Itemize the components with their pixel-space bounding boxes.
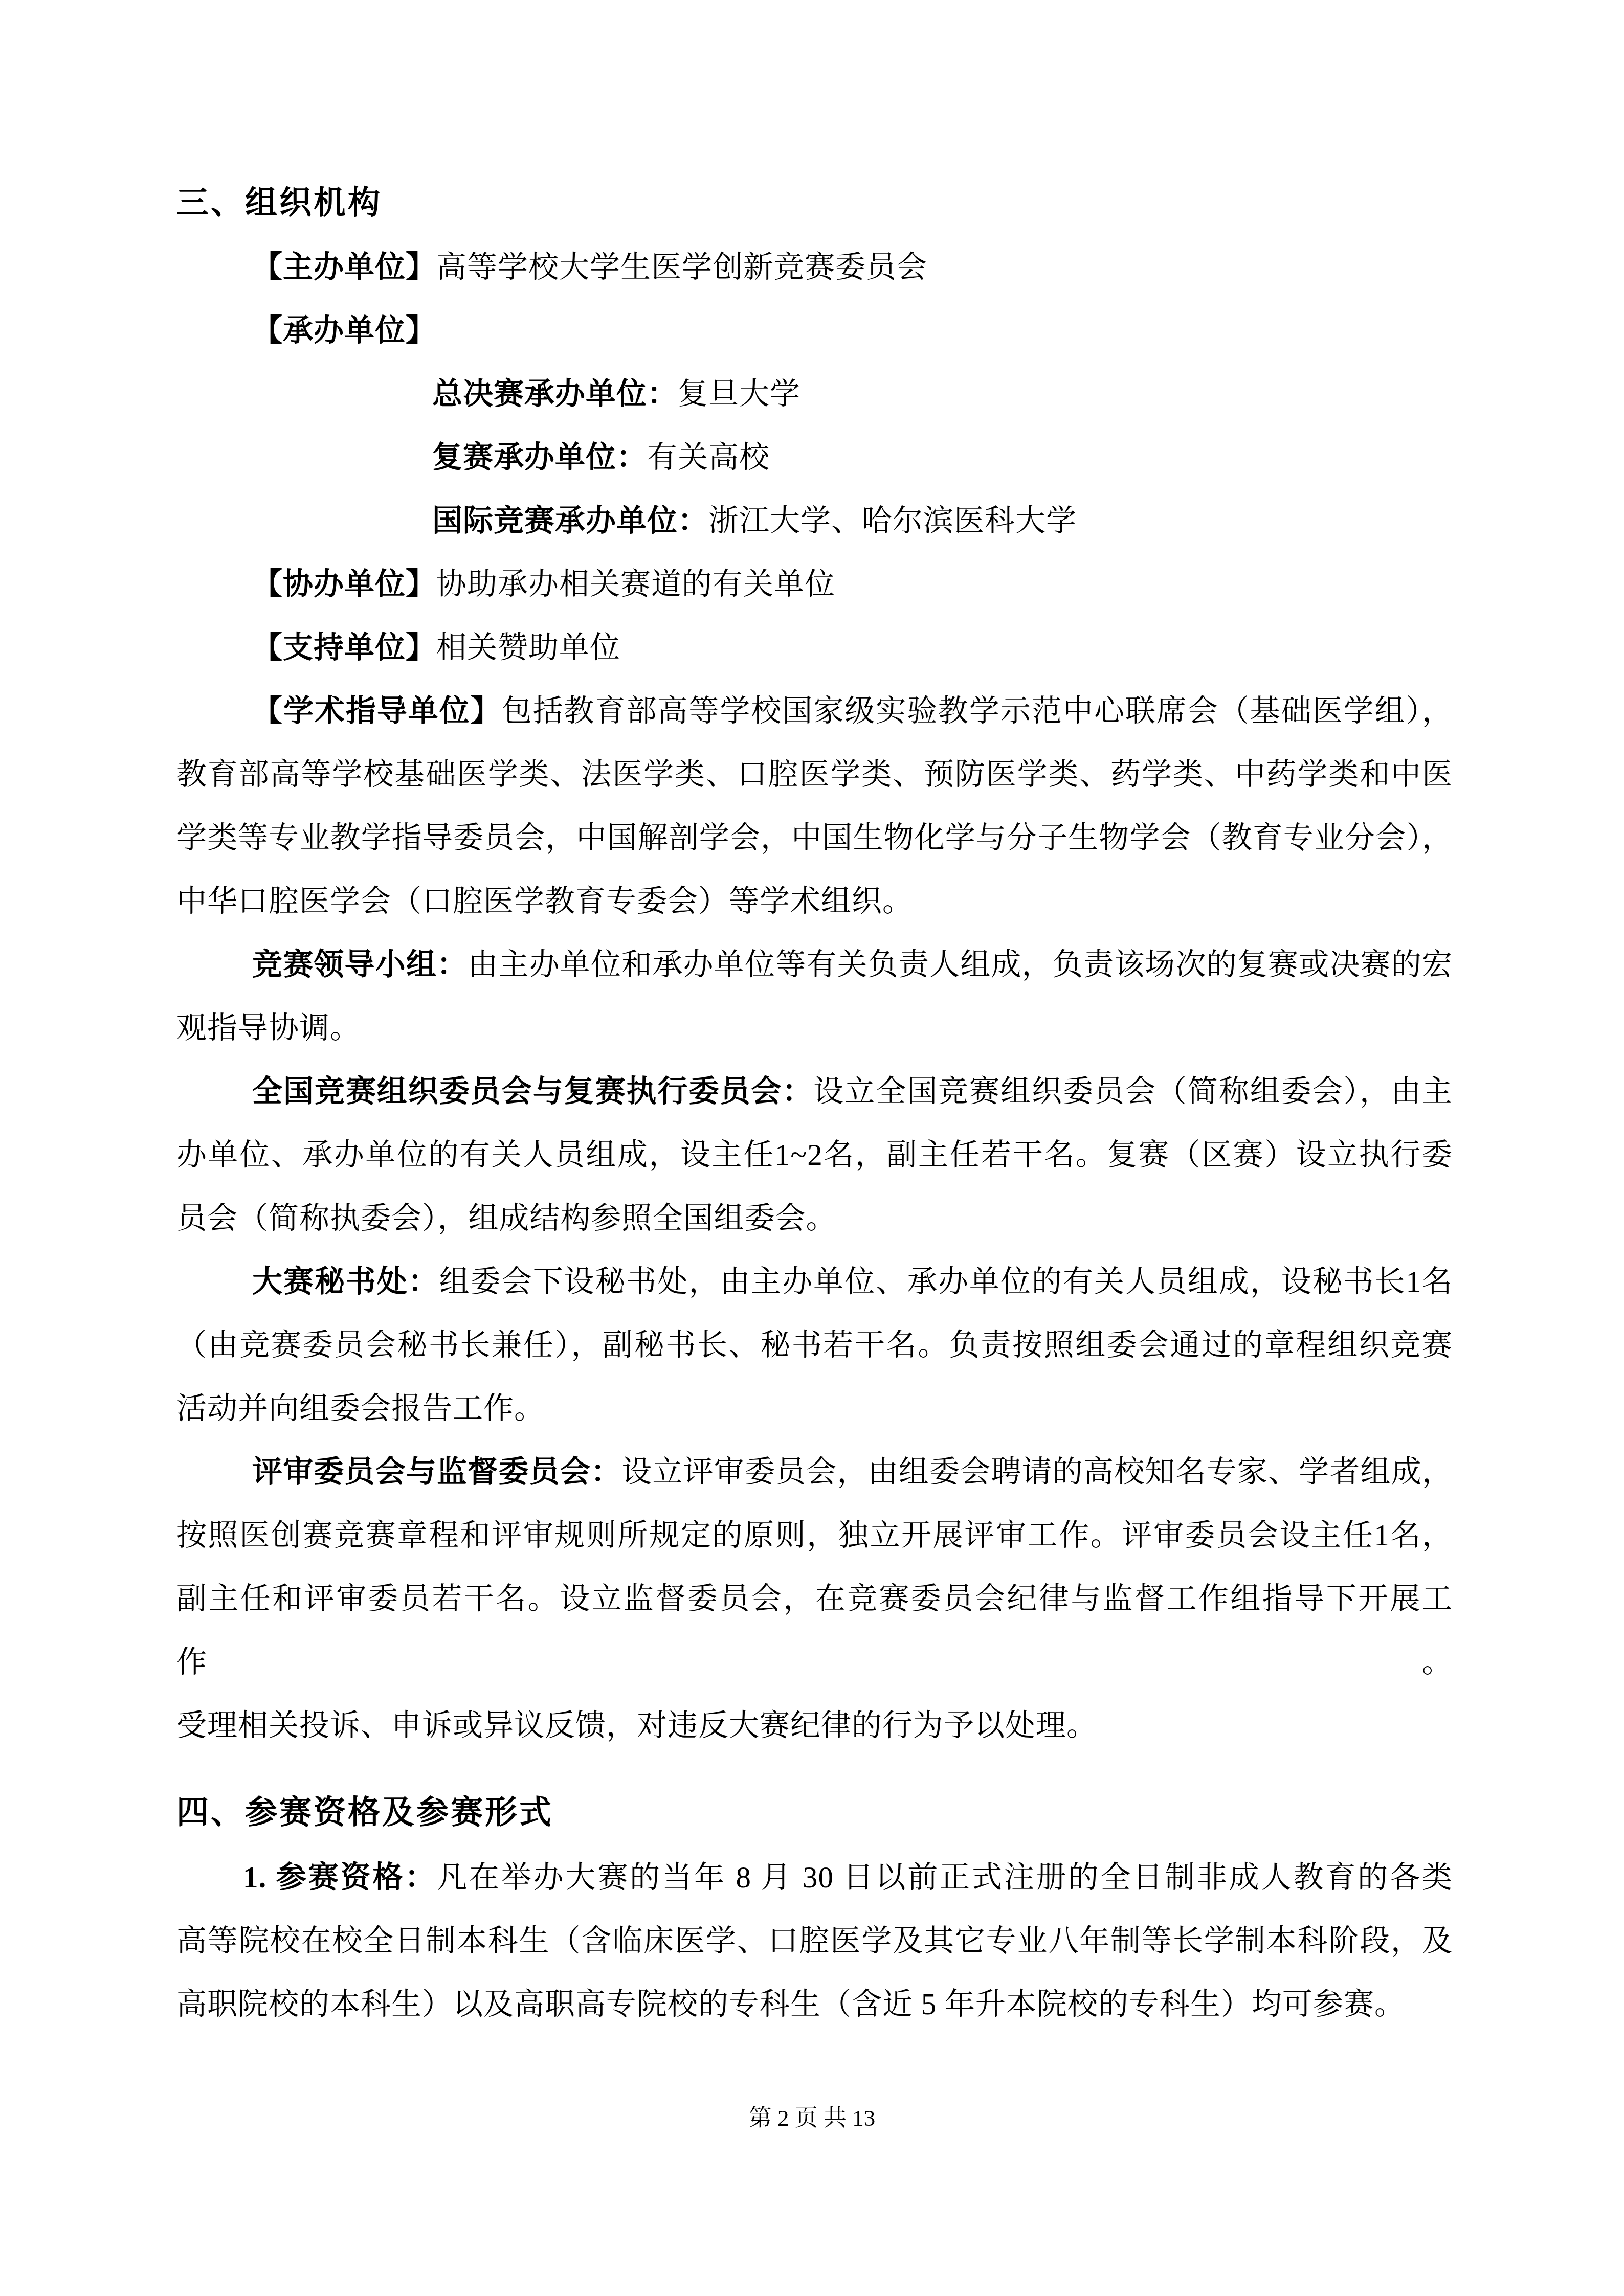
body-line: 复赛承办单位：有关高校 (176, 425, 1453, 489)
bold-label: 国际竞赛承办单位： (432, 504, 708, 537)
bold-label: 评审委员会与监督委员会： (252, 1455, 621, 1489)
body-line: （由竞赛委员会秘书长兼任），副秘书长、秘书若干名。负责按照组委会通过的章程组织竞… (176, 1313, 1453, 1377)
body-line: 员会（简称执委会），组成结构参照全国组委会。 (176, 1186, 1453, 1250)
body-line: 全国竞赛组织委员会与复赛执行委员会：设立全国竞赛组织委员会（简称组委会），由主 (176, 1060, 1453, 1123)
body-line: 副主任和评审委员若干名。设立监督委员会，在竞赛委员会纪律与监督工作组指导下开展工… (176, 1567, 1453, 1694)
bold-label: 【主办单位】 (252, 250, 436, 284)
body-line: 办单位、承办单位的有关人员组成，设主任1~2名，副主任若干名。复赛（区赛）设立执… (176, 1123, 1453, 1186)
body-line: 竞赛领导小组：由主办单位和承办单位等有关负责人组成，负责该场次的复赛或决赛的宏 (176, 933, 1453, 996)
body-line: 高职院校的本科生）以及高职高专院校的专科生（含近 5 年升本院校的专科生）均可参… (176, 1972, 1453, 2036)
bold-label: 复赛承办单位： (432, 440, 647, 474)
body-line: 【学术指导单位】包括教育部高等学校国家级实验教学示范中心联席会（基础医学组）， (176, 679, 1453, 742)
bold-label: 【承办单位】 (252, 313, 436, 347)
body-line: 学类等专业教学指导委员会，中国解剖学会，中国生物化学与分子生物学会（教育专业分会… (176, 806, 1453, 869)
body-line: 按照医创赛竞赛章程和评审规则所规定的原则，独立开展评审工作。评审委员会设主任1名… (176, 1503, 1453, 1567)
bold-label: 【学术指导单位】 (252, 694, 502, 728)
body-line: 观指导协调。 (176, 996, 1453, 1060)
body-line: 总决赛承办单位：复旦大学 (176, 362, 1453, 425)
body-line: 教育部高等学校基础医学类、法医学类、口腔医学类、预防医学类、药学类、中药学类和中… (176, 742, 1453, 806)
body-line: 活动并向组委会报告工作。 (176, 1377, 1453, 1440)
document-content: 三、组织机构【主办单位】高等学校大学生医学创新竞赛委员会【承办单位】总决赛承办单… (176, 177, 1453, 2036)
body-line: 高等院校在校全日制本科生（含临床医学、口腔医学及其它专业八年制等长学制本科阶段，… (176, 1909, 1453, 1972)
body-line: 受理相关投诉、申诉或异议反馈，对违反大赛纪律的行为予以处理。 (176, 1694, 1453, 1757)
document-page: 三、组织机构【主办单位】高等学校大学生医学创新竞赛委员会【承办单位】总决赛承办单… (0, 0, 1624, 2296)
bold-label: 【支持单位】 (252, 631, 436, 664)
section-heading-1: 三、组织机构 (176, 177, 1453, 235)
body-line: 大赛秘书处：组委会下设秘书处，由主办单位、承办单位的有关人员组成，设秘书长1名 (176, 1250, 1453, 1313)
page-footer: 第 2 页 共 13 (0, 2103, 1624, 2133)
body-line: 【支持单位】相关赞助单位 (176, 616, 1453, 679)
bold-label: 全国竞赛组织委员会与复赛执行委员会： (252, 1074, 813, 1108)
body-line: 中华口腔医学会（口腔医学教育专委会）等学术组织。 (176, 869, 1453, 933)
body-line: 【承办单位】 (176, 299, 1453, 362)
bold-label: 总决赛承办单位： (432, 377, 678, 411)
bold-label: 大赛秘书处： (252, 1265, 439, 1298)
bold-label: 竞赛领导小组： (252, 948, 468, 981)
body-line: 1. 参赛资格：凡在举办大赛的当年 8 月 30 日以前正式注册的全日制非成人教… (176, 1845, 1453, 1909)
body-line: 【主办单位】高等学校大学生医学创新竞赛委员会 (176, 235, 1453, 299)
body-line: 评审委员会与监督委员会：设立评审委员会，由组委会聘请的高校知名专家、学者组成， (176, 1440, 1453, 1503)
section-heading-2: 四、参赛资格及参赛形式 (176, 1787, 1453, 1845)
body-line: 【协办单位】协助承办相关赛道的有关单位 (176, 552, 1453, 616)
body-line: 国际竞赛承办单位：浙江大学、哈尔滨医科大学 (176, 489, 1453, 552)
bold-label: 【协办单位】 (252, 567, 436, 601)
bold-label: 1. 参赛资格： (243, 1860, 437, 1894)
